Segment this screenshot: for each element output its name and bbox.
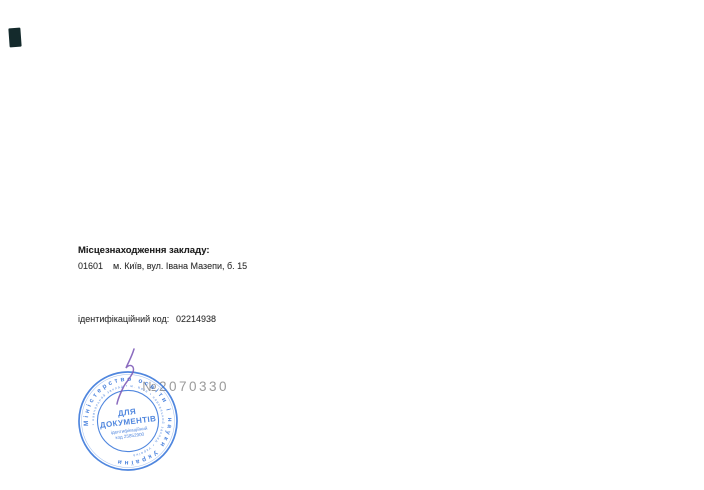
signature-ink-icon xyxy=(108,342,148,410)
scanned-page: Місцезнаходження закладу: 01601 м. Київ,… xyxy=(0,0,704,490)
address-text: м. Київ, вул. Івана Мазепи, б. 15 xyxy=(113,261,247,272)
postal-code: 01601 xyxy=(78,261,103,272)
id-code-value: 02214938 xyxy=(176,314,216,325)
location-label: Місцезнаходження закладу: xyxy=(78,245,210,256)
id-code-label: ідентифікаційний код: xyxy=(78,314,169,325)
scan-corner-mark xyxy=(8,28,21,48)
